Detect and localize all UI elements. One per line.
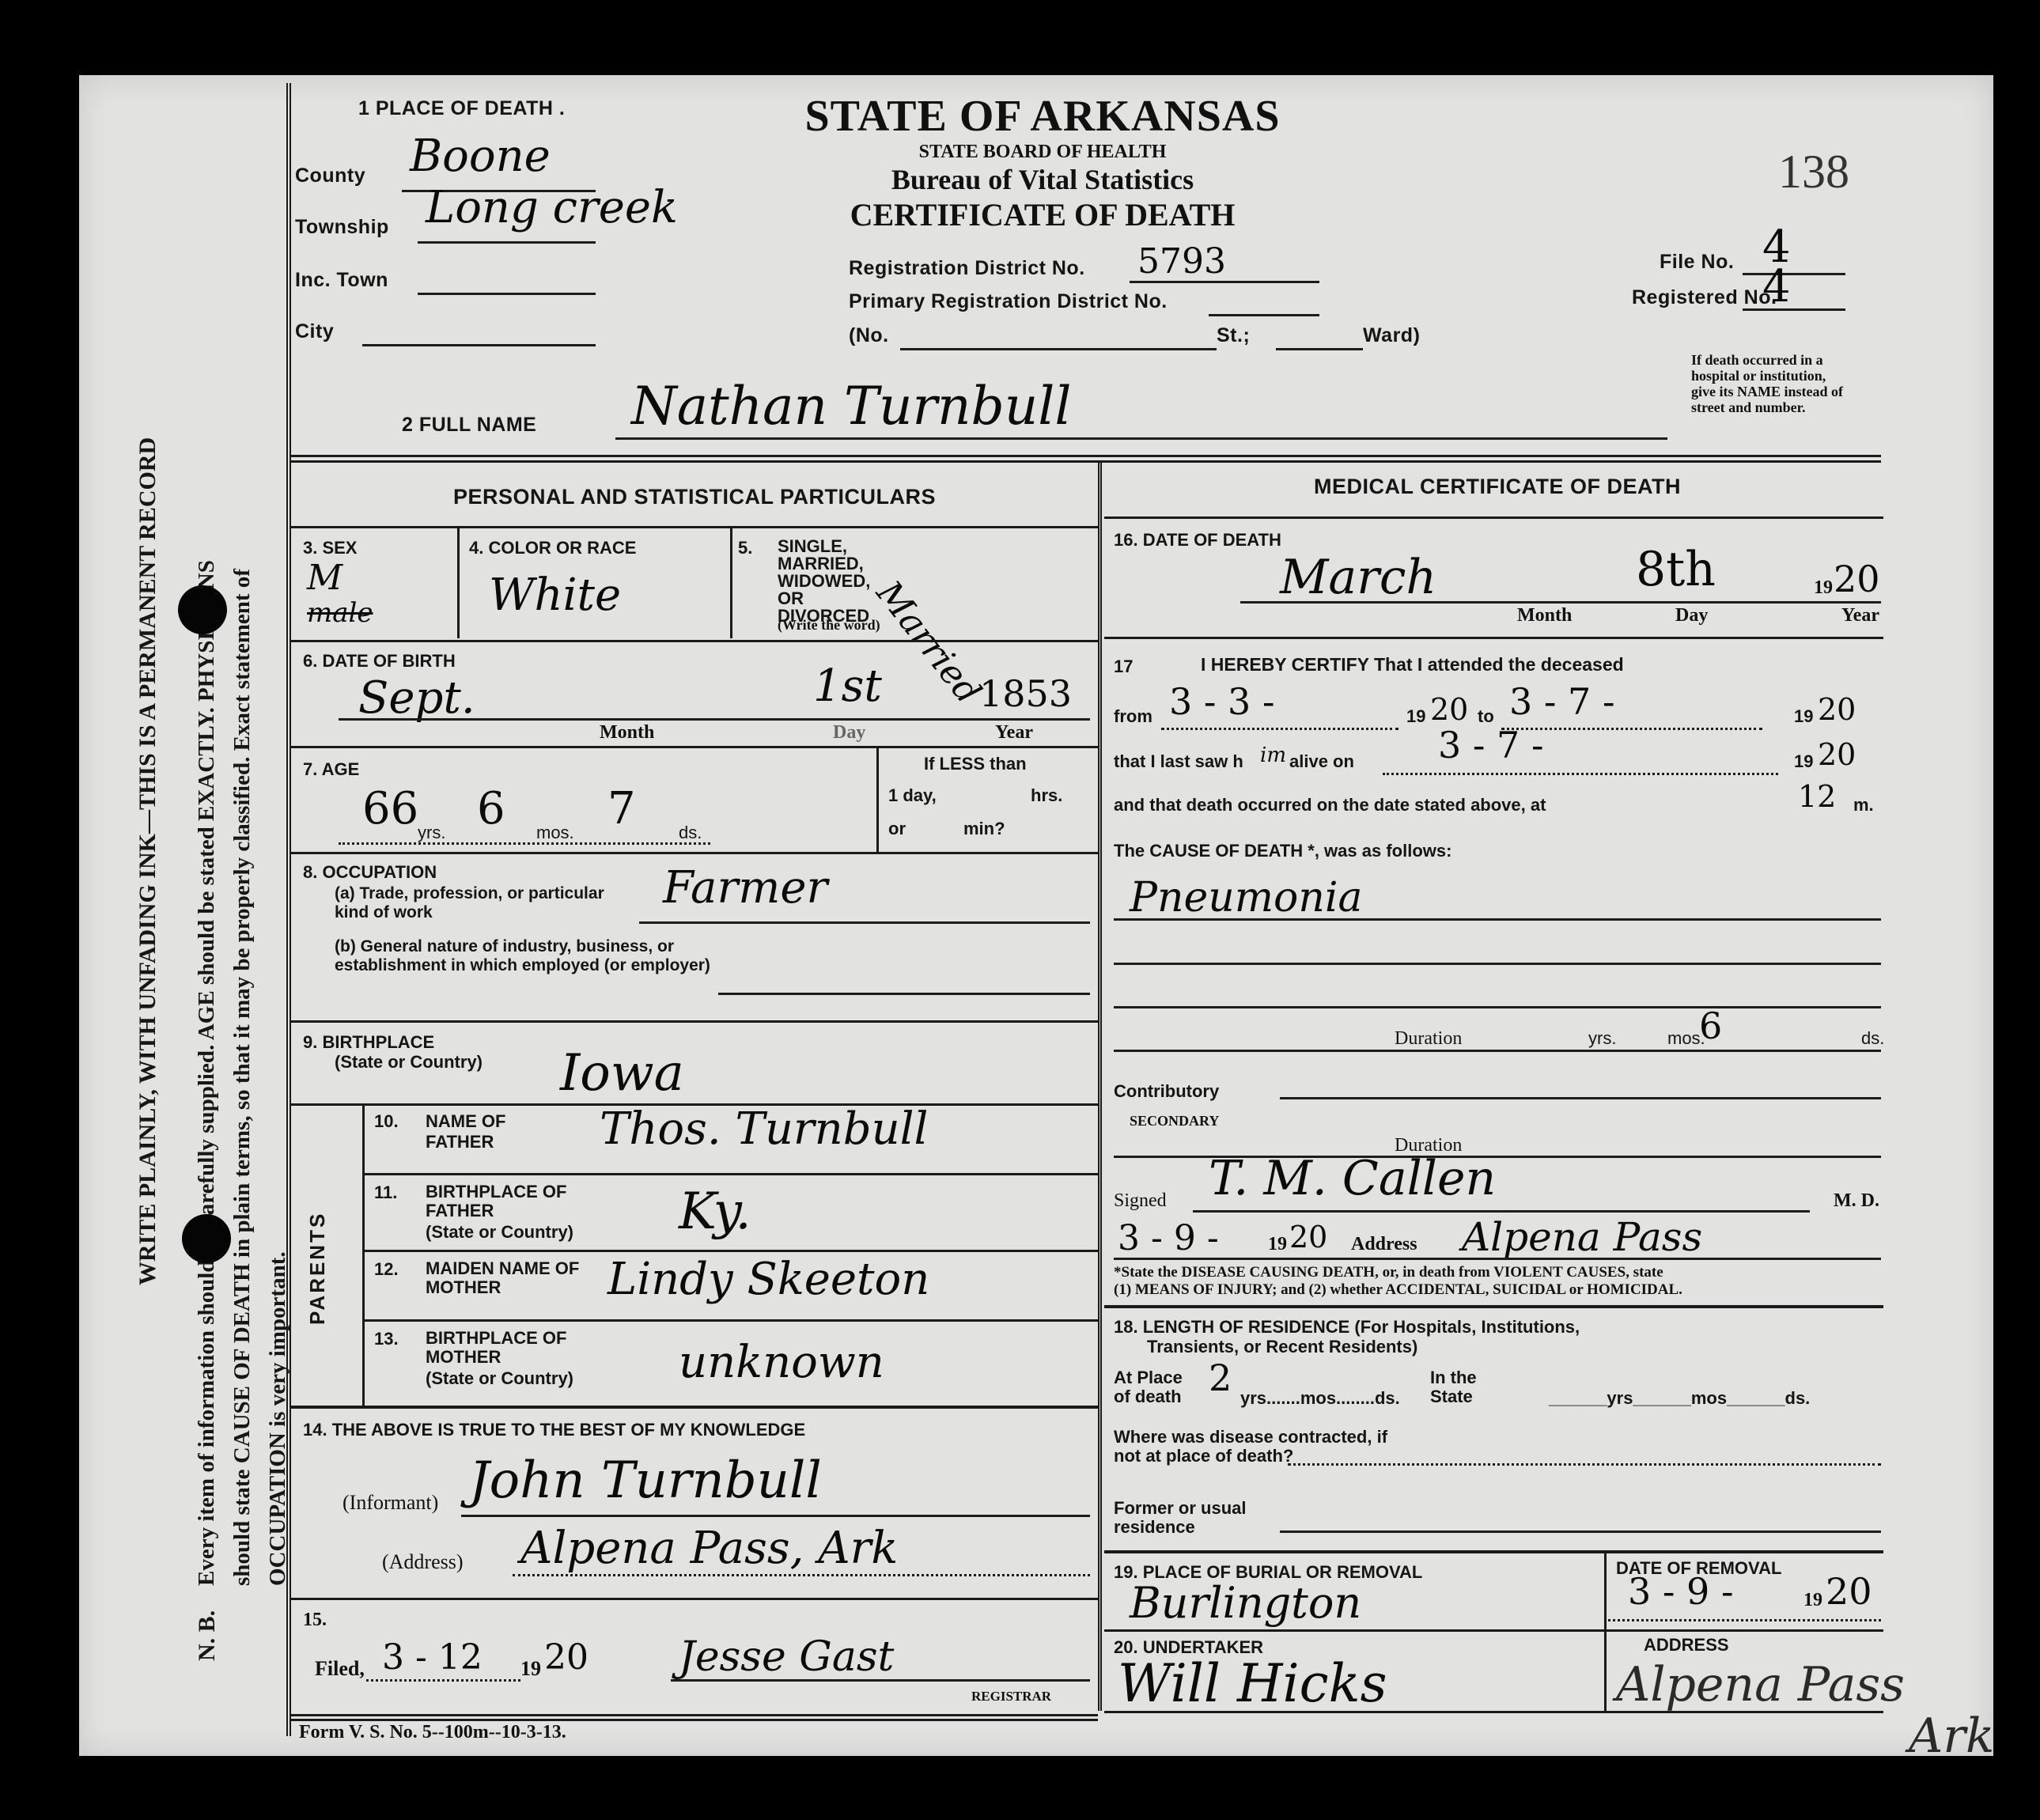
mother-birthplace-label: BIRTHPLACE OF MOTHER: [426, 1329, 584, 1367]
medical-section-title: MEDICAL CERTIFICATE OF DEATH: [1106, 475, 1889, 499]
occupation-a-label: (a) Trade, profession, or particular kin…: [335, 884, 635, 922]
residence-label-2: Transients, or Recent Residents): [1147, 1337, 1417, 1357]
informant-value: John Turnbull: [469, 1451, 822, 1510]
county-value: Boone: [410, 131, 551, 182]
footnote-1: *State the DISEASE CAUSING DEATH, or, in…: [1114, 1264, 1663, 1281]
registrar-label: REGISTRAR: [971, 1689, 1051, 1705]
to-year: 20: [1818, 692, 1856, 727]
dod-year-prefix: 19: [1814, 577, 1833, 599]
sex-label: 3. SEX: [303, 538, 357, 558]
file-no-label: File No.: [1660, 251, 1734, 274]
dob-label: 6. DATE OF BIRTH: [303, 651, 456, 672]
dod-year: 20: [1834, 558, 1880, 600]
from-year-prefix: 19: [1406, 706, 1425, 727]
father-name-label: NAME OF FATHER: [426, 1111, 552, 1152]
last-saw-pronoun: im: [1260, 744, 1286, 767]
registered-no-label: Registered No.: [1632, 286, 1777, 309]
contracted-label: Where was disease contracted, if not at …: [1114, 1428, 1398, 1466]
duration-label: Duration: [1395, 1028, 1462, 1050]
birthplace-value: Iowa: [560, 1044, 684, 1103]
marital-label: SINGLE, MARRIED, WIDOWED, OR DIVORCED: [778, 538, 888, 625]
from-date: 3 - 3 -: [1169, 680, 1275, 723]
in-state-units: ______yrs______mos______ds.: [1549, 1388, 1810, 1409]
hrs-label: hrs.: [1031, 785, 1062, 806]
dob-year-caption: Year: [995, 722, 1033, 744]
mother-number: 12.: [374, 1259, 399, 1280]
inc-town-label: Inc. Town: [295, 269, 388, 292]
last-saw-label: that I last saw h: [1114, 751, 1243, 772]
bureau-title: Bureau of Vital Statistics: [758, 163, 1327, 196]
less-than-label: If LESS than: [924, 754, 1027, 774]
footnote-2: (1) MEANS OF INJURY; and (2) whether ACC…: [1114, 1281, 1682, 1299]
dob-month: Sept.: [358, 672, 475, 724]
marital-number: 5.: [738, 538, 752, 558]
dod-day-caption: Day: [1675, 605, 1708, 626]
city-label: City: [295, 320, 334, 343]
father-birthplace-label: BIRTHPLACE OF FATHER: [426, 1182, 584, 1220]
undertaker-address-label-text: ADDRESS: [1644, 1635, 1729, 1655]
signed-value: T. M. Callen: [1209, 1151, 1496, 1206]
reg-district-value: 5793: [1137, 241, 1226, 282]
certificate-form: 1 PLACE OF DEATH . County Boone Township…: [286, 83, 1984, 1736]
occurred-text: and that death occurred on the date stat…: [1114, 795, 1546, 815]
undertaker-value: Will Hicks: [1118, 1653, 1387, 1714]
informant-attestation-label: 14. THE ABOVE IS TRUE TO THE BEST OF MY …: [303, 1420, 805, 1440]
one-day-label: 1 day,: [888, 785, 937, 806]
form-number: Form V. S. No. 5--100m--10-3-13.: [299, 1722, 566, 1743]
undertaker-address-value: Alpena Pass: [1616, 1657, 1905, 1712]
occupation-label: 8. OCCUPATION: [303, 862, 437, 883]
instruction-stub: WRITE PLAINLY, WITH UNFADING INK—THIS IS…: [79, 75, 281, 1756]
ds-label: ds.: [679, 823, 702, 843]
age-years: 66: [362, 783, 418, 834]
mos-label: mos.: [536, 823, 574, 843]
mother-birthplace-sub: (State or Country): [426, 1368, 573, 1389]
signed-address-value: Alpena Pass: [1462, 1214, 1702, 1260]
cause-value: Pneumonia: [1130, 874, 1362, 921]
state-title: STATE OF ARKANSAS: [758, 91, 1327, 142]
removal-year-prefix: 19: [1803, 1590, 1822, 1611]
father-birthplace-number: 11.: [374, 1182, 397, 1203]
personal-section-title: PERSONAL AND STATISTICAL PARTICULARS: [291, 485, 1098, 509]
removal-year: 20: [1826, 1570, 1872, 1613]
filed-year: 20: [544, 1637, 589, 1678]
occupation-b-label: (b) General nature of industry, business…: [335, 937, 714, 975]
full-name-value: Nathan Turnbull: [631, 376, 1072, 437]
no-label: (No.: [849, 324, 889, 347]
informant-address-value: Alpena Pass, Ark: [520, 1523, 898, 1574]
reg-district-label: Registration District No.: [849, 257, 1085, 280]
informant-label: (Informant): [343, 1491, 438, 1515]
m-label: m.: [1853, 795, 1874, 815]
sex-struck-value: male: [307, 597, 373, 629]
board-title: STATE BOARD OF HEALTH: [758, 142, 1327, 163]
occupation-value: Farmer: [663, 862, 827, 914]
father-name-value: Thos. Turnbull: [600, 1103, 928, 1155]
md-label: M. D.: [1834, 1190, 1879, 1212]
removal-date: 3 - 9 -: [1628, 1570, 1734, 1613]
signed-date: 3 - 9 -: [1118, 1218, 1219, 1258]
dob-day: 1st: [813, 660, 882, 712]
birthplace-sub-label: (State or Country): [335, 1052, 483, 1073]
father-birthplace-sub: (State or Country): [426, 1222, 573, 1243]
filed-number: 15.: [303, 1610, 327, 1631]
dob-day-caption: Day: [833, 722, 865, 744]
residence-label: 18. LENGTH OF RESIDENCE (For Hospitals, …: [1114, 1317, 1580, 1338]
dod-month: March: [1280, 550, 1436, 605]
st-label: St.;: [1217, 324, 1250, 347]
dob-month-caption: Month: [600, 722, 654, 744]
cause-label: The CAUSE OF DEATH *, was as follows:: [1114, 841, 1451, 861]
certificate-title: CERTIFICATE OF DEATH: [758, 196, 1327, 233]
last-saw-year-prefix: 19: [1794, 751, 1813, 772]
last-saw-year: 20: [1818, 737, 1856, 772]
mother-name-label: MAIDEN NAME OF MOTHER: [426, 1259, 584, 1297]
dob-year: 1853: [979, 672, 1072, 715]
certify-text: I HEREBY CERTIFY That I attended the dec…: [1201, 654, 1624, 675]
father-number: 10.: [374, 1111, 399, 1132]
dod-label: 16. DATE OF DEATH: [1114, 530, 1281, 551]
filed-year-prefix: 19: [520, 1657, 541, 1681]
signed-label: Signed: [1114, 1190, 1167, 1212]
age-months: 6: [477, 783, 505, 834]
yrs-label: yrs.: [418, 823, 445, 843]
county-label: County: [295, 165, 365, 187]
nb-label: N. B.: [194, 1610, 221, 1661]
mother-birthplace-value: unknown: [679, 1337, 884, 1388]
filed-date: 3 - 12: [382, 1637, 483, 1678]
punch-hole-top: [178, 585, 227, 634]
at-place-label: At Place of death: [1114, 1368, 1201, 1406]
registrar-signature: Jesse Gast: [679, 1633, 894, 1681]
race-label: 4. COLOR OR RACE: [469, 538, 636, 558]
birthplace-label: 9. BIRTHPLACE: [303, 1032, 434, 1053]
instruction-line-1: Every item of information should be care…: [194, 560, 220, 1586]
signed-year: 20: [1289, 1220, 1327, 1254]
father-birthplace-value: Ky.: [679, 1182, 751, 1241]
signed-year-prefix: 19: [1268, 1234, 1287, 1255]
punch-hole-bottom: [182, 1214, 231, 1263]
full-name-label: 2 FULL NAME: [402, 414, 536, 437]
alive-on-label: alive on: [1289, 751, 1354, 772]
age-label: 7. AGE: [303, 759, 359, 780]
death-certificate-document: WRITE PLAINLY, WITH UNFADING INK—THIS IS…: [79, 75, 1993, 1756]
title-block: STATE OF ARKANSAS STATE BOARD OF HEALTH …: [758, 91, 1327, 233]
certify-number: 17: [1114, 656, 1133, 677]
at-place-years: 2: [1209, 1356, 1232, 1399]
to-year-prefix: 19: [1794, 706, 1813, 727]
hospital-note: If death occurred in a hospital or insti…: [1691, 352, 1849, 415]
burial-value: Burlington: [1130, 1578, 1361, 1628]
age-days: 7: [607, 783, 636, 834]
to-date: 3 - 7 -: [1509, 680, 1615, 723]
primary-reg-label: Primary Registration District No.: [849, 290, 1168, 313]
dod-day: 8th: [1636, 542, 1716, 597]
registered-no-value: 4: [1762, 261, 1791, 312]
min-label: min?: [963, 819, 1005, 839]
race-value: White: [489, 569, 621, 621]
place-of-death-label: 1 PLACE OF DEATH .: [358, 97, 565, 120]
from-label: from: [1114, 706, 1152, 727]
marital-value: Married: [869, 573, 989, 712]
township-label: Township: [295, 216, 389, 239]
former-residence-label: Former or usual residence: [1114, 1499, 1272, 1537]
ward-label: Ward): [1363, 324, 1420, 347]
signed-address-label: Address: [1351, 1234, 1417, 1255]
parents-label: PARENTS: [305, 1212, 330, 1325]
at-place-units: yrs.......mos........ds.: [1240, 1388, 1400, 1409]
filed-label: Filed,: [315, 1657, 365, 1681]
last-saw-date: 3 - 7 -: [1438, 724, 1544, 766]
permanent-record-notice: WRITE PLAINLY, WITH UNFADING INK—THIS IS…: [134, 437, 161, 1285]
stamp-number: 138: [1778, 145, 1849, 199]
township-value: Long creek: [426, 182, 678, 233]
mother-name-value: Lindy Skeeton: [607, 1254, 929, 1305]
sex-value: M: [307, 558, 343, 598]
dod-month-caption: Month: [1517, 605, 1572, 626]
duration-mos-label: mos.: [1667, 1028, 1705, 1049]
informant-address-label: (Address): [382, 1550, 464, 1574]
in-state-label: In the State: [1430, 1368, 1501, 1406]
instruction-line-2: should state CAUSE OF DEATH in plain ter…: [229, 569, 255, 1586]
duration-ds-label: ds.: [1861, 1028, 1884, 1049]
dod-year-caption: Year: [1841, 605, 1879, 626]
from-year: 20: [1430, 692, 1468, 727]
contributory-label: Contributory: [1114, 1081, 1219, 1102]
marital-note: (Write the word): [778, 617, 880, 634]
duration-yrs-label: yrs.: [1588, 1028, 1616, 1049]
or-label: or: [888, 819, 906, 839]
undertaker-address-value-2: Ark: [1909, 1708, 1994, 1764]
secondary-label: SECONDARY: [1130, 1113, 1219, 1129]
mother-birthplace-number: 13.: [374, 1329, 399, 1349]
time-value: 12: [1798, 779, 1836, 814]
